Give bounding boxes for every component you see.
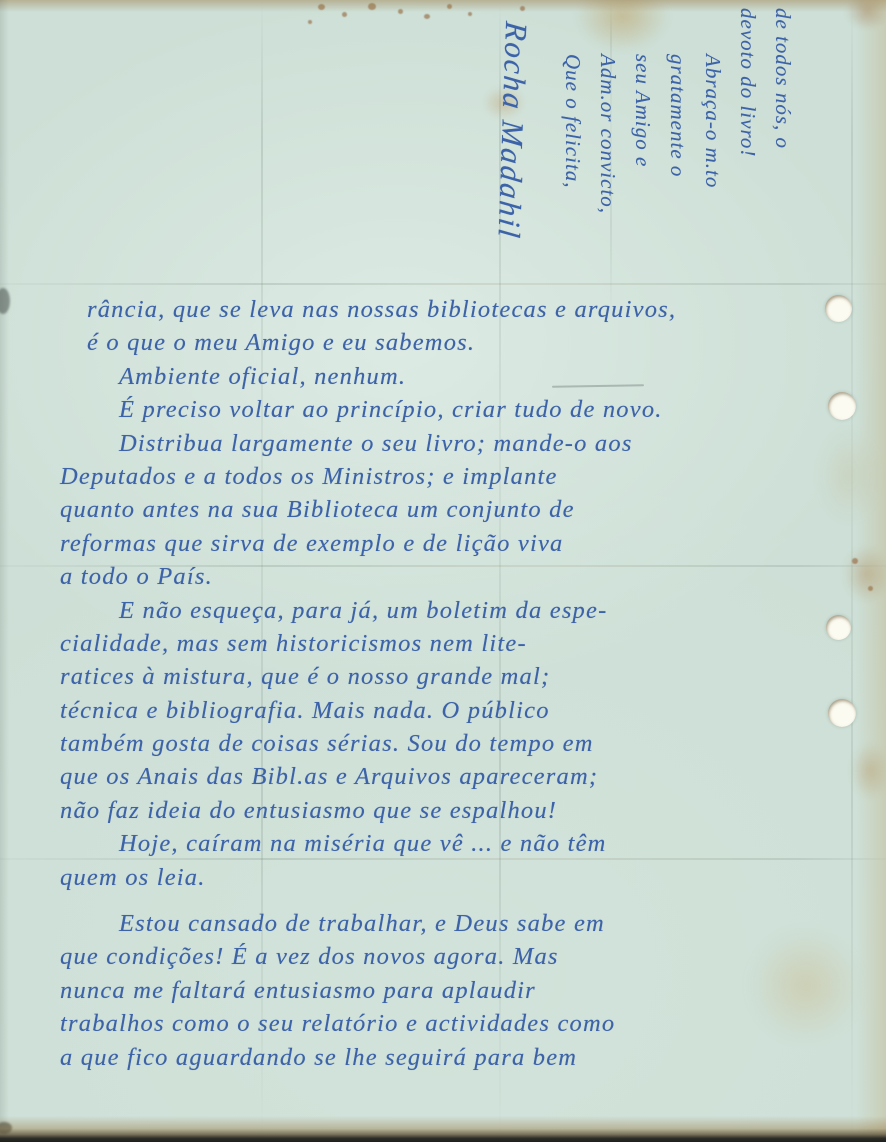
body-line: É preciso voltar ao princípio, criar tud…: [119, 394, 886, 427]
foxing-dot: [308, 20, 312, 24]
closing-line: seu Amigo e: [625, 8, 660, 308]
body-line: quanto antes na sua Biblioteca um conjun…: [60, 494, 886, 527]
body-line: não faz ideia do entusiasmo que se espal…: [60, 795, 886, 828]
closing-line: Que o felicita,: [555, 8, 590, 308]
body-line: E não esqueça, para já, um boletim da es…: [119, 595, 886, 628]
paper-edge-right: [856, 0, 886, 1142]
closing-block: de todos nós, odevoto do livro!Abraça-o …: [555, 8, 800, 308]
body-line: Distribua largamente o seu livro; mande-…: [119, 428, 886, 461]
paper-edge-top: [0, 0, 886, 12]
body-line: rância, que se leva nas nossas bibliotec…: [87, 294, 886, 327]
closing-line: devoto do livro!: [730, 8, 765, 308]
letter-page: de todos nós, odevoto do livro!Abraça-o …: [0, 0, 886, 1142]
body-line: a que fico aguardando se lhe seguirá par…: [60, 1042, 886, 1075]
closing-lines: de todos nós, odevoto do livro!Abraça-o …: [555, 8, 800, 308]
body-line: que os Anais das Bibl.as e Arquivos apar…: [60, 761, 886, 794]
body-line: Hoje, caíram na miséria que vê ... e não…: [119, 828, 886, 861]
signature-block: Rocha Madahil: [483, 19, 538, 294]
foxing-dot: [342, 12, 347, 17]
body-line: Deputados e a todos os Ministros; e impl…: [60, 461, 886, 494]
body-line: a todo o País.: [60, 561, 886, 594]
letter-body: rância, que se leva nas nossas bibliotec…: [0, 294, 886, 1075]
body-line: trabalhos como o seu relatório e activid…: [60, 1008, 886, 1041]
body-line: é o que o meu Amigo e eu sabemos.: [87, 327, 886, 360]
paper-edge-bottom: [0, 1116, 886, 1142]
paper-edge-left: [0, 0, 9, 1142]
body-line: que condições! É a vez dos novos agora. …: [60, 941, 886, 974]
body-line: Estou cansado de trabalhar, e Deus sabe …: [119, 908, 886, 941]
body-line: quem os leia.: [60, 862, 886, 895]
closing-line: Adm.or convicto,: [590, 8, 625, 308]
foxing-dot: [468, 12, 472, 16]
body-line: reformas que sirva de exemplo e de lição…: [60, 528, 886, 561]
closing-line: de todos nós, o: [765, 8, 800, 308]
signature: Rocha Madahil: [485, 19, 538, 293]
body-line: ratices à mistura, que é o nosso grande …: [60, 661, 886, 694]
body-line: Ambiente oficial, nenhum.: [119, 361, 886, 394]
body-line: nunca me faltará entusiasmo para aplaudi…: [60, 975, 886, 1008]
body-line: cialidade, mas sem historicismos nem lit…: [60, 628, 886, 661]
body-line: também gosta de coisas sérias. Sou do te…: [60, 728, 886, 761]
closing-line: Abraça-o m.to: [695, 8, 730, 308]
closing-line: gratamente o: [660, 8, 695, 308]
body-line: técnica e bibliografia. Mais nada. O púb…: [60, 695, 886, 728]
foxing-dot: [424, 14, 430, 19]
